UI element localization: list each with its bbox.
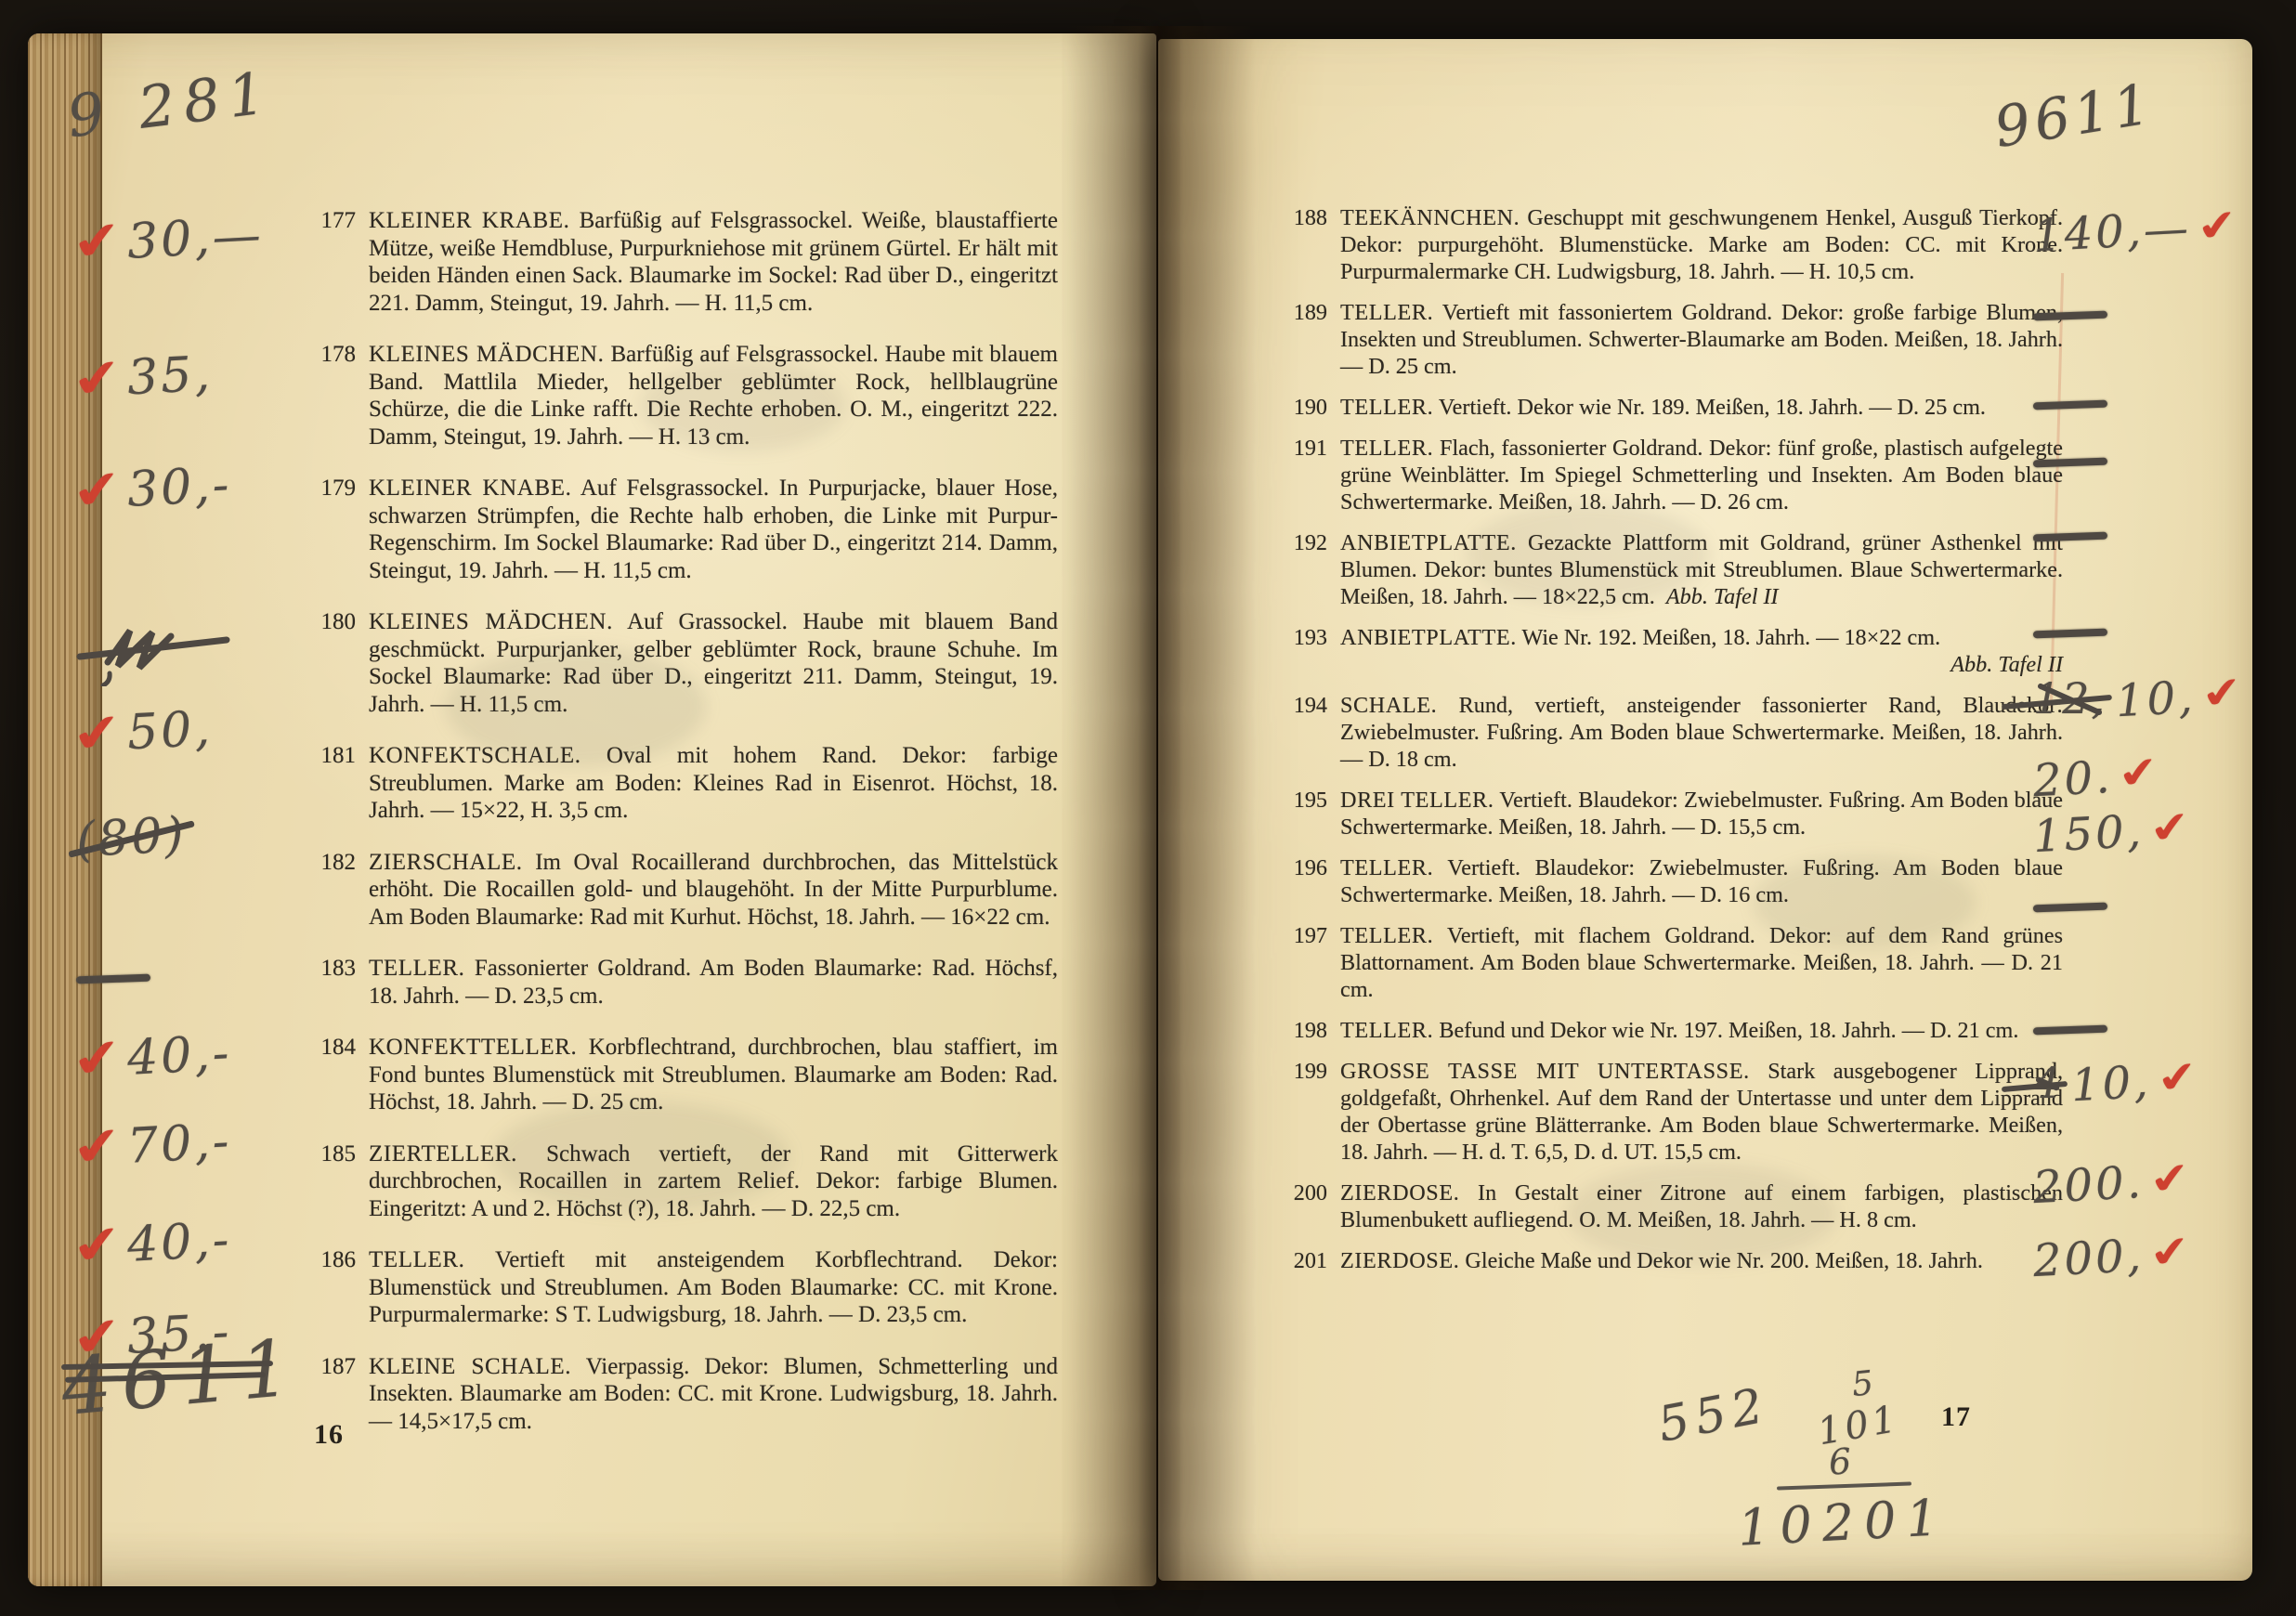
plate-reference: Abb. Tafel II [1655,584,1779,609]
margin-annotation [2033,617,2107,637]
lot-title: ZIERDOSE. [1340,1248,1459,1273]
right-entries-column: 188TEEKÄNNCHEN. Geschuppt mit geschwunge… [1340,204,2063,1288]
lot-text: TELLER. Vertieft. Dekor wie Nr. 189. Mei… [1340,395,1986,420]
catalog-entry: 190TELLER. Vertieft. Dekor wie Nr. 189. … [1340,394,2063,421]
lot-number: 201 [1272,1247,1327,1274]
lot-text: KLEINER KRABE. Barfüßig auf Felsgrassock… [369,208,1058,316]
margin-annotation: 410,✔ [2033,1062,2195,1106]
lot-number: 177 [300,207,356,235]
checkmark-icon: ✔ [2195,203,2240,250]
margin-annotation [2033,1013,2107,1034]
margin-annotation: 150,✔ [2033,812,2187,856]
checkmark-icon: ✔ [69,1031,124,1088]
price-note: 70,- [126,1117,233,1171]
catalog-entry: 187KLEINE SCHALE. Vierpassig. Dekor: Blu… [369,1353,1058,1436]
lot-number: 186 [300,1246,356,1274]
lot-number: 200 [1272,1179,1327,1206]
price-note: 200, [2032,1233,2145,1284]
lot-text: KLEINES MÄDCHEN. Barfüßig auf Felsgrasso… [369,342,1058,450]
margin-annotation: ✔30,— [76,215,264,267]
crossed-out-scribble [76,618,234,686]
checkmark-icon: ✔ [69,1310,124,1366]
catalog-entry: 193ANBIETPLATTE. Wie Nr. 192. Meißen, 18… [1340,624,2063,678]
margin-annotation: ✔40,- [76,1219,232,1271]
price-note: 40,- [126,1216,233,1270]
lot-number: 193 [1272,624,1327,651]
lot-title: ZIERSCHALE. [369,850,523,875]
checkmark-icon: ✔ [2147,805,2193,852]
margin-annotation [2033,520,2107,541]
price-note: 35, [126,350,214,403]
price-note: 35.- [126,1308,233,1362]
catalog-entry: 191TELLER. Flach, fassonierter Goldrand.… [1340,435,2063,515]
lot-number: 196 [1272,854,1327,881]
checkmark-icon: ✔ [69,214,124,270]
margin-annotation [2033,388,2107,409]
catalog-entry: 199GROSSE TASSE MIT UNTERTASSE. Stark au… [1340,1058,2063,1166]
lot-text: TELLER. Befund und Dekor wie Nr. 197. Me… [1340,1018,2018,1043]
dash-mark [2033,400,2107,411]
lot-number: 181 [300,742,356,770]
calc-stack-number: 6 [1827,1440,1852,1483]
price-note: 10, [2115,675,2197,723]
lot-description: Flach, fassonierter Goldrand. Dekor: fün… [1340,436,2063,515]
lot-title: TELLER. [369,956,464,981]
lot-title: ANBIETPLATTE. [1340,625,1517,650]
margin-annotation: 200.✔ [2033,1163,2187,1207]
struck-price: 12, [2033,677,2107,720]
lot-title: TELLER. [1340,923,1433,948]
lot-text: DREI TELLER. Vertieft. Blaudekor: Zwiebe… [1340,788,2063,840]
lot-text: SCHALE. Rund, vertieft, ansteigender fas… [1340,693,2063,772]
catalog-entry: 182ZIERSCHALE. Im Oval Rocaillerand durc… [369,849,1058,932]
price-note: 50, [126,705,214,758]
lot-number: 184 [300,1034,356,1062]
lot-text: TELLER. Flach, fassonierter Goldrand. De… [1340,436,2063,515]
price-note: 200. [2032,1160,2145,1210]
price-note: 150, [2032,809,2145,859]
dash-mark [2033,532,2107,542]
lot-number: 182 [300,849,356,877]
price-note: 30,- [126,461,233,515]
lot-title: ZIERTELLER. [369,1141,517,1166]
left-page: 9 281 177KLEINER KRABE. Barfüßig auf Fel… [28,33,1156,1586]
catalog-entry: 197TELLER. Vertieft, mit flachem Goldran… [1340,922,2063,1003]
catalog-entry: 183TELLER. Fassonierter Goldrand. Am Bod… [369,955,1058,1010]
calc-stack-number: 101 [1815,1398,1903,1454]
catalog-entry: 179KLEINER KNABE. Auf Felsgrassockel. In… [369,475,1058,584]
lot-text: ZIERTELLER. Schwach vertieft, der Rand m… [369,1141,1058,1221]
checkmark-icon: ✔ [2154,1055,2199,1101]
price-note: 20. [2032,755,2114,803]
lot-title: KONFEKTSCHALE. [369,743,581,768]
dash-mark [2033,629,2107,639]
right-page-number: 17 [1941,1401,1971,1433]
lot-title: TELLER. [1340,436,1433,461]
lot-title: TEEKÄNNCHEN. [1340,205,1520,230]
lot-description: Fassonierter Goldrand. Am Boden Blaumark… [369,956,1058,1009]
lot-text: KLEINER KNABE. Auf Felsgrassockel. In Pu… [369,476,1058,583]
lot-title: GROSSE TASSE MIT UNTERTASSE. [1340,1059,1750,1084]
price-note: 140,— [2032,206,2192,259]
margin-annotation: ✔70,- [76,1120,232,1172]
lot-title: TELLER. [1340,1018,1433,1043]
calc-left-number: 552 [1653,1377,1774,1453]
catalog-entry: 188TEEKÄNNCHEN. Geschuppt mit geschwunge… [1340,204,2063,285]
lot-text: ZIERDOSE. Gleiche Maße und Dekor wie Nr.… [1340,1248,1983,1273]
lot-description: Vertieft. Dekor wie Nr. 189. Meißen, 18.… [1433,395,1986,420]
dash-mark [2033,1025,2107,1036]
lot-number: 191 [1272,435,1327,462]
lot-text: KLEINES MÄDCHEN. Auf Grassockel. Haube m… [369,609,1058,717]
checkmark-icon: ✔ [2116,750,2161,797]
lot-text: TELLER. Vertieft, mit flachem Goldrand. … [1340,923,2063,1002]
margin-annotation: ✔35, [76,352,213,404]
catalog-entry: 177KLEINER KRABE. Barfüßig auf Felsgrass… [369,207,1058,317]
margin-annotation: ✔40,- [76,1032,232,1084]
checkmark-icon: ✔ [2147,1156,2193,1203]
checkmark-icon: ✔ [69,463,124,519]
lot-description: Vertieft mit ansteigendem Korbflechtrand… [369,1247,1058,1327]
lot-text: ANBIETPLATTE. Wie Nr. 192. Meißen, 18. J… [1340,625,2063,678]
catalog-entry: 184KONFEKTTELLER. Korbflechtrand, durchb… [369,1034,1058,1116]
lot-number: 188 [1272,204,1327,231]
lot-description: Wie Nr. 192. Meißen, 18. Jahrh. — 18×22 … [1517,625,1940,650]
catalog-entry: 194SCHALE. Rund, vertieft, ansteigender … [1340,692,2063,773]
margin-annotation: 20.✔ [2033,757,2156,801]
margin-annotation: ✔30,- [76,463,232,515]
lot-description: Befund und Dekor wie Nr. 197. Meißen, 18… [1433,1018,2018,1043]
lot-description: Rund, vertieft, ansteigender fassonierte… [1340,693,2063,772]
plate-reference: Abb. Tafel II [1340,651,2063,678]
right-page: 9611 188TEEKÄNNCHEN. Geschuppt mit gesch… [1158,39,2252,1581]
lot-title: KLEINE SCHALE. [369,1354,571,1379]
lot-text: ZIERDOSE. In Gestalt einer Zitrone auf e… [1340,1180,2063,1232]
catalog-entry: 196TELLER. Vertieft. Blaudekor: Zwiebelm… [1340,854,2063,908]
lot-text: TELLER. Vertieft. Blaudekor: Zwiebelmust… [1340,855,2063,907]
catalog-entry: 180KLEINES MÄDCHEN. Auf Grassockel. Haub… [369,608,1058,718]
lot-title: KONFEKTTELLER. [369,1035,577,1060]
lot-text: TELLER. Fassonierter Goldrand. Am Boden … [369,956,1058,1009]
lot-title: KLEINER KNABE. [369,476,571,501]
dash-mark [2033,903,2107,913]
lot-number: 187 [300,1353,356,1381]
calc-stack-number: 5 [1850,1364,1875,1404]
lot-text: GROSSE TASSE MIT UNTERTASSE. Stark ausge… [1340,1059,2063,1165]
lot-title: TELLER. [1340,855,1433,880]
lot-title: ZIERDOSE. [1340,1180,1459,1205]
checkmark-icon: ✔ [2147,1230,2193,1276]
catalog-entry: 189TELLER. Vertieft mit fassoniertem Gol… [1340,299,2063,380]
catalog-entry: 181KONFEKTSCHALE. Oval mit hohem Rand. D… [369,742,1058,825]
lot-description: Vertieft. Blaudekor: Zwiebelmuster. Fußr… [1340,855,2063,907]
lot-number: 192 [1272,529,1327,556]
struck-price: 4 [2033,1062,2062,1104]
lot-text: KONFEKTSCHALE. Oval mit hohem Rand. Deko… [369,743,1058,823]
lot-title: SCHALE. [1340,693,1437,718]
margin-annotation: 140,—✔ [2033,210,2235,254]
right-corner-pencil-note: 9611 [1990,72,2159,161]
lot-text: KONFEKTTELLER. Korbflechtrand, durchbroc… [369,1035,1058,1114]
catalog-entry: 195DREI TELLER. Vertieft. Blaudekor: Zwi… [1340,787,2063,841]
margin-annotation: ✔50, [76,707,213,759]
margin-annotation [2033,891,2107,911]
lot-title: ANBIETPLATTE. [1340,530,1517,555]
price-note: 10, [2070,1060,2152,1108]
lot-text: KLEINE SCHALE. Vierpassig. Dekor: Blumen… [369,1354,1058,1434]
catalog-entry: 186TELLER. Vertieft mit ansteigendem Kor… [369,1246,1058,1329]
price-note: 30,— [126,211,265,267]
lot-number: 195 [1272,787,1327,814]
lot-number: 180 [300,608,356,636]
lot-title: TELLER. [369,1247,464,1272]
lot-text: ANBIETPLATTE. Gezackte Plattform mit Gol… [1340,530,2063,609]
calc-result-number: 10201 [1737,1488,1950,1557]
lot-title: KLEINES MÄDCHEN. [369,609,613,634]
dash-mark [2033,458,2107,468]
lot-title: TELLER. [1340,300,1433,325]
lot-description: Vertieft mit fassoniertem Goldrand. Deko… [1340,300,2063,379]
margin-annotation [76,618,234,686]
catalog-entry: 201ZIERDOSE. Gleiche Maße und Dekor wie … [1340,1247,2063,1274]
lot-text: TEEKÄNNCHEN. Geschuppt mit geschwungenem… [1340,205,2063,284]
calc-sum-line [1777,1481,1911,1490]
lot-number: 183 [300,955,356,983]
margin-annotation [2033,446,2107,466]
margin-annotation [2033,299,2107,319]
price-note: (80) [75,811,188,865]
lot-number: 189 [1272,299,1327,326]
book-spread-photo: 9 281 177KLEINER KRABE. Barfüßig auf Fel… [0,0,2296,1616]
lot-title: KLEINES MÄDCHEN. [369,342,604,367]
lot-number: 179 [300,475,356,502]
checkmark-icon: ✔ [69,1119,124,1176]
checkmark-icon: ✔ [69,1218,124,1274]
lot-number: 178 [300,341,356,369]
left-entries-column: 177KLEINER KRABE. Barfüßig auf Felsgrass… [369,207,1058,1459]
dash-mark [76,974,150,984]
checkmark-icon: ✔ [69,706,124,762]
catalog-entry: 192ANBIETPLATTE. Gezackte Plattform mit … [1340,529,2063,610]
lot-number: 199 [1272,1058,1327,1085]
lot-number: 185 [300,1140,356,1168]
margin-annotation: ✔35.- [76,1310,232,1362]
lot-number: 198 [1272,1017,1327,1044]
catalog-entry: 200ZIERDOSE. In Gestalt einer Zitrone au… [1340,1179,2063,1233]
margin-annotation: (80) [76,814,187,862]
lot-text: TELLER. Vertieft mit fassoniertem Goldra… [1340,300,2063,379]
catalog-entry: 198TELLER. Befund und Dekor wie Nr. 197.… [1340,1017,2063,1044]
catalog-entry: 185ZIERTELLER. Schwach vertieft, der Ran… [369,1140,1058,1223]
lot-number: 197 [1272,922,1327,949]
catalog-entry: 178KLEINES MÄDCHEN. Barfüßig auf Felsgra… [369,341,1058,450]
lot-text: ZIERSCHALE. Im Oval Rocaillerand durchbr… [369,850,1058,930]
lot-title: DREI TELLER. [1340,788,1494,813]
margin-annotation [76,962,150,983]
lot-text: TELLER. Vertieft mit ansteigendem Korbfl… [369,1247,1058,1327]
left-page-number: 16 [314,1419,344,1451]
dash-mark [2033,311,2107,321]
lot-number: 190 [1272,394,1327,421]
lot-number: 194 [1272,692,1327,719]
lot-description: Gleiche Maße und Dekor wie Nr. 200. Meiß… [1459,1248,1983,1273]
margin-annotation: 12,10,✔ [2033,677,2238,722]
lot-description: Vertieft, mit flachem Goldrand. Dekor: a… [1340,923,2063,1002]
checkmark-icon: ✔ [69,351,124,408]
price-note: 40,- [126,1029,233,1083]
checkmark-icon: ✔ [2198,671,2244,717]
lot-title: KLEINER KRABE. [369,208,569,233]
margin-annotation: 200,✔ [2033,1236,2187,1281]
lot-title: TELLER. [1340,395,1433,420]
